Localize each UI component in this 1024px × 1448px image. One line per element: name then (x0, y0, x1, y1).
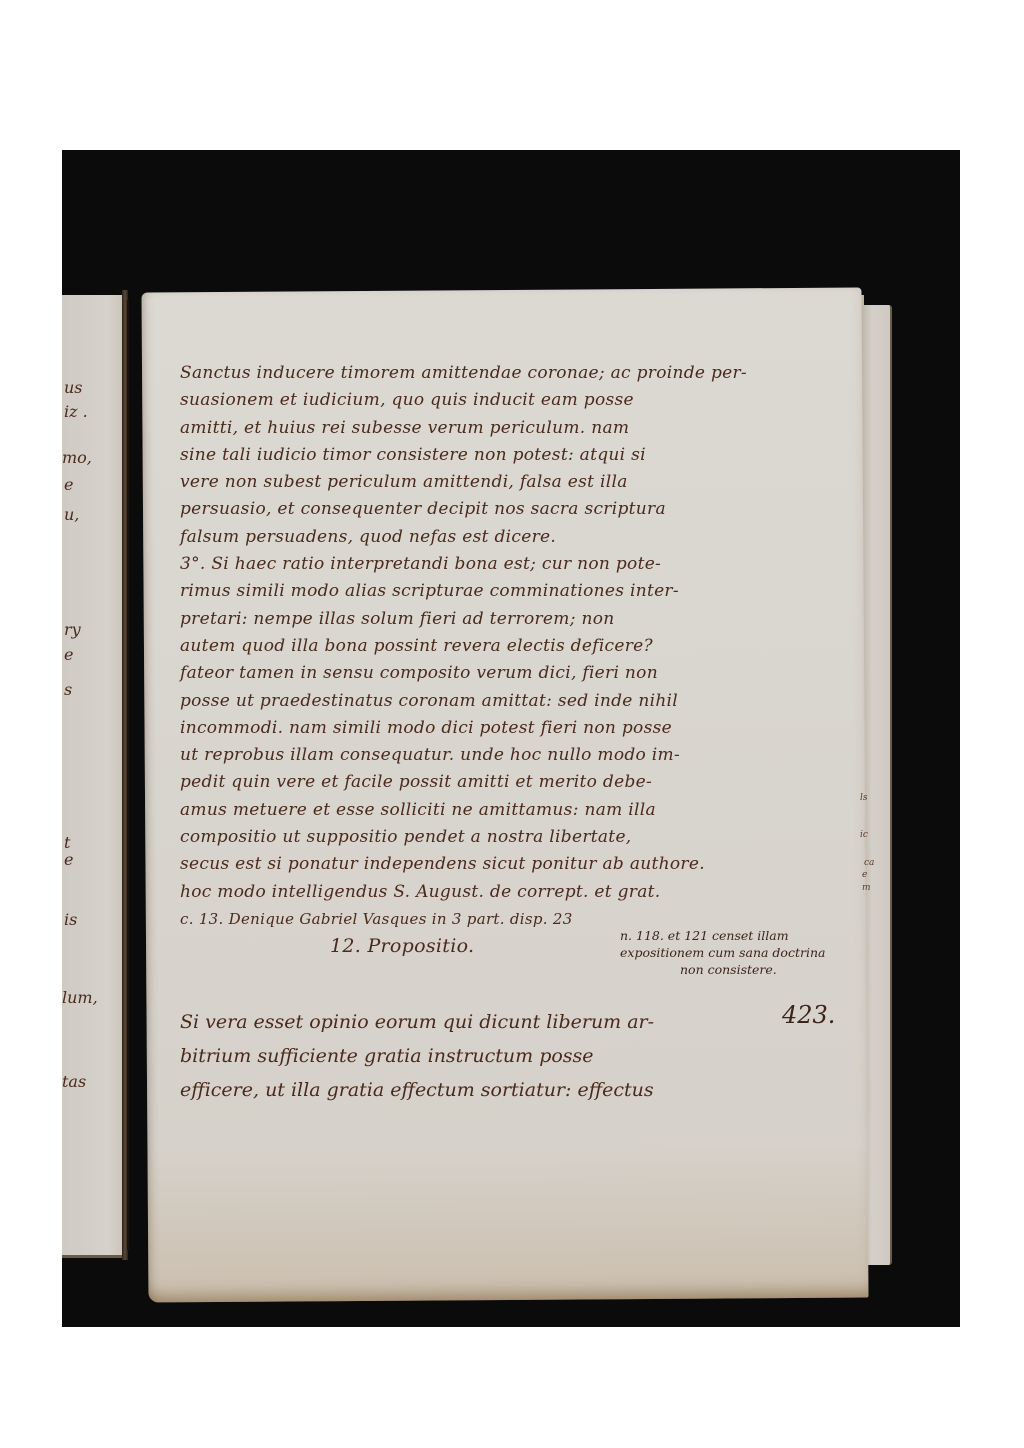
proposition-text: Si vera esset opinio eorum qui dicunt li… (180, 1005, 820, 1107)
margin-note-line: non consistere. (620, 961, 840, 978)
left-fragment: mo, (62, 448, 92, 467)
text-line: efficere, ut illa gratia effectum sortia… (180, 1073, 820, 1107)
text-line: falsum persuadens, quod nefas est dicere… (180, 524, 820, 551)
left-fragment: s (64, 680, 72, 699)
text-line: fateor tamen in sensu composito verum di… (180, 660, 820, 687)
text-line: ut reprobus illam consequatur. unde hoc … (180, 742, 820, 769)
left-fragment: ry (64, 620, 81, 639)
text-line: 3°. Si haec ratio interpretandi bona est… (180, 551, 820, 578)
manuscript-photo: us iz . mo, e u, ry e s t e is lum, tas … (62, 150, 960, 1327)
text-line: compositio ut suppositio pendet a nostra… (180, 824, 820, 851)
text-line: amitti, et huius rei subesse verum peric… (180, 415, 820, 442)
edge-fragment: m (862, 883, 871, 893)
text-line: Si vera esset opinio eorum qui dicunt li… (180, 1005, 820, 1039)
text-line: persuasio, et consequenter decipit nos s… (180, 496, 820, 523)
text-line: secus est si ponatur independens sicut p… (180, 851, 820, 878)
edge-fragment: ls (860, 793, 868, 803)
text-line: sine tali iudicio timor consistere non p… (180, 442, 820, 469)
main-text: Sanctus inducere timorem amittendae coro… (180, 360, 820, 961)
left-fragment: tas (62, 1072, 86, 1091)
text-line: autem quod illa bona possint revera elec… (180, 633, 820, 660)
edge-fragment: ic (860, 830, 868, 840)
text-line: rimus simili modo alias scripturae commi… (180, 578, 820, 605)
left-fragment: e (64, 850, 73, 869)
text-line: pretari: nempe illas solum fieri ad terr… (180, 606, 820, 633)
left-page-edge (62, 295, 128, 1258)
text-line: amus metuere et esse solliciti ne amitta… (180, 797, 820, 824)
left-fragment: is (64, 910, 77, 929)
left-fragment: lum, (62, 988, 98, 1007)
left-fragment: e (64, 645, 73, 664)
gutter-line (127, 300, 129, 1250)
edge-fragment: ca (864, 858, 874, 868)
left-fragment: us (64, 378, 83, 397)
left-fragment: iz . (64, 402, 88, 421)
edge-fragment: e (862, 870, 867, 880)
margin-note-line: n. 118. et 121 censet illam (620, 927, 840, 944)
text-line: hoc modo intelligendus S. August. de cor… (180, 879, 820, 906)
text-line: bitrium sufficiente gratia instructum po… (180, 1039, 820, 1073)
margin-note-line: expositionem cum sana doctrina (620, 944, 840, 961)
text-line: Sanctus inducere timorem amittendae coro… (180, 360, 820, 387)
text-line: suasionem et iudicium, quo quis inducit … (180, 387, 820, 414)
text-line: vere non subest periculum amittendi, fal… (180, 469, 820, 496)
text-line: posse ut praedestinatus coronam amittat:… (180, 688, 820, 715)
text-line: pedit quin vere et facile possit amitti … (180, 769, 820, 796)
margin-note: n. 118. et 121 censet illam expositionem… (620, 927, 840, 978)
text-line: incommodi. nam simili modo dici potest f… (180, 715, 820, 742)
left-fragment: u, (64, 505, 79, 524)
left-fragment: e (64, 475, 73, 494)
